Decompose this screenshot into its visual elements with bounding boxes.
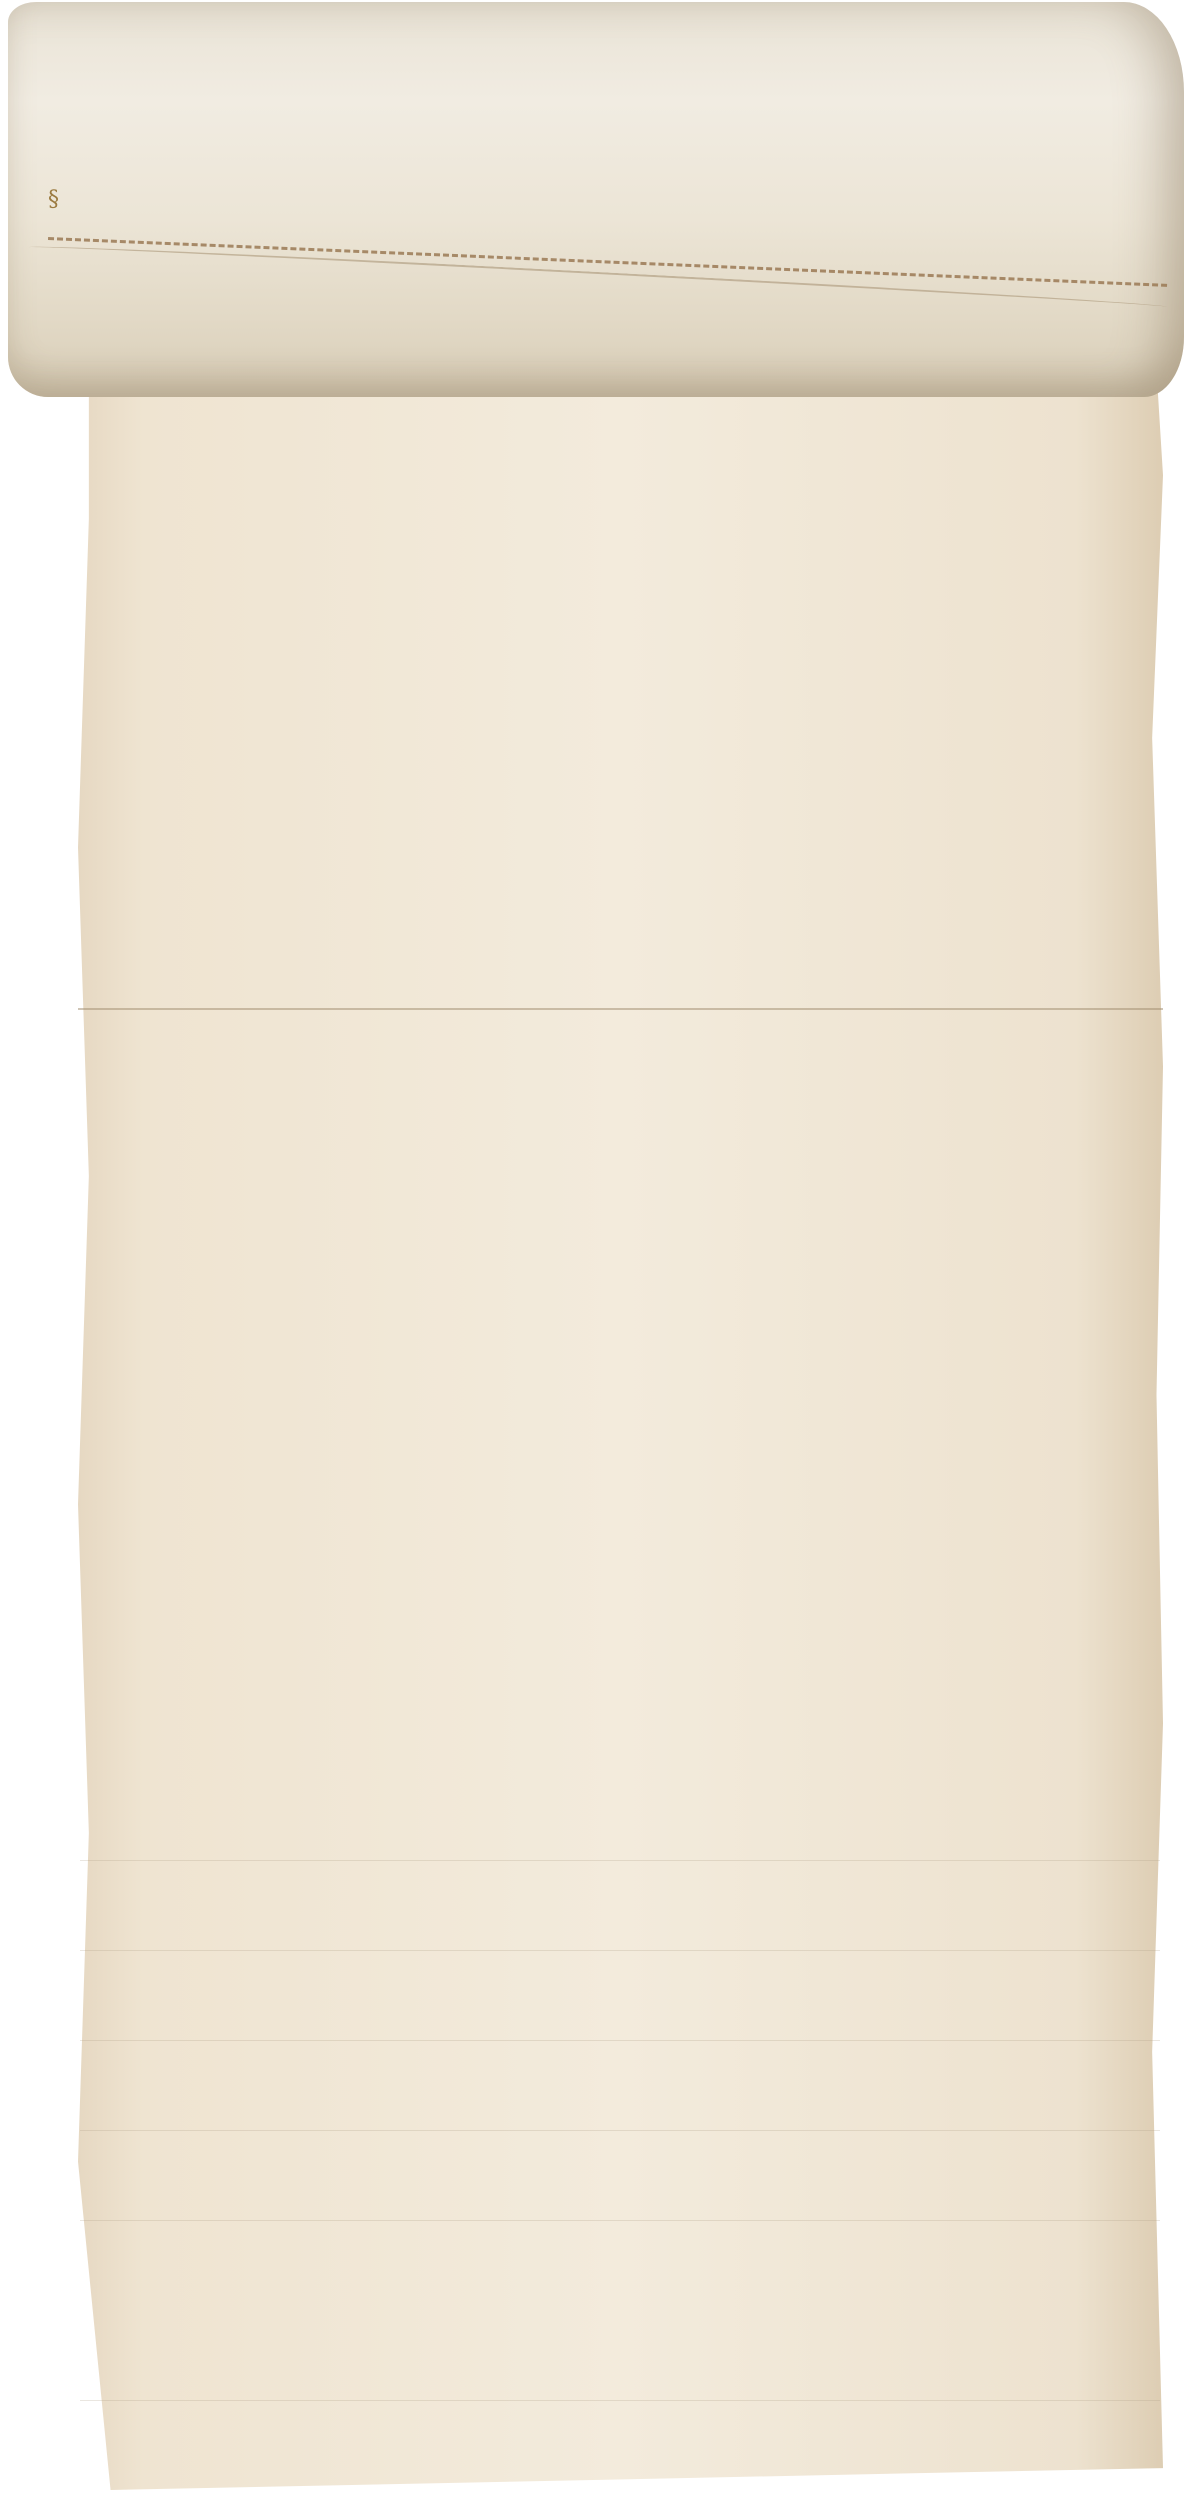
fold-crease [78, 1008, 1163, 1013]
ruling-line [80, 2220, 1160, 2221]
rolled-parchment: § [8, 2, 1184, 397]
roll-mark: § [48, 187, 59, 212]
ruling-line [80, 2040, 1160, 2041]
ruling-line [80, 2400, 1160, 2401]
ruling-line [80, 1950, 1160, 1951]
ruling-line [80, 2130, 1160, 2131]
ruling-line [80, 1860, 1160, 1861]
parchment-sheet [78, 300, 1163, 2490]
